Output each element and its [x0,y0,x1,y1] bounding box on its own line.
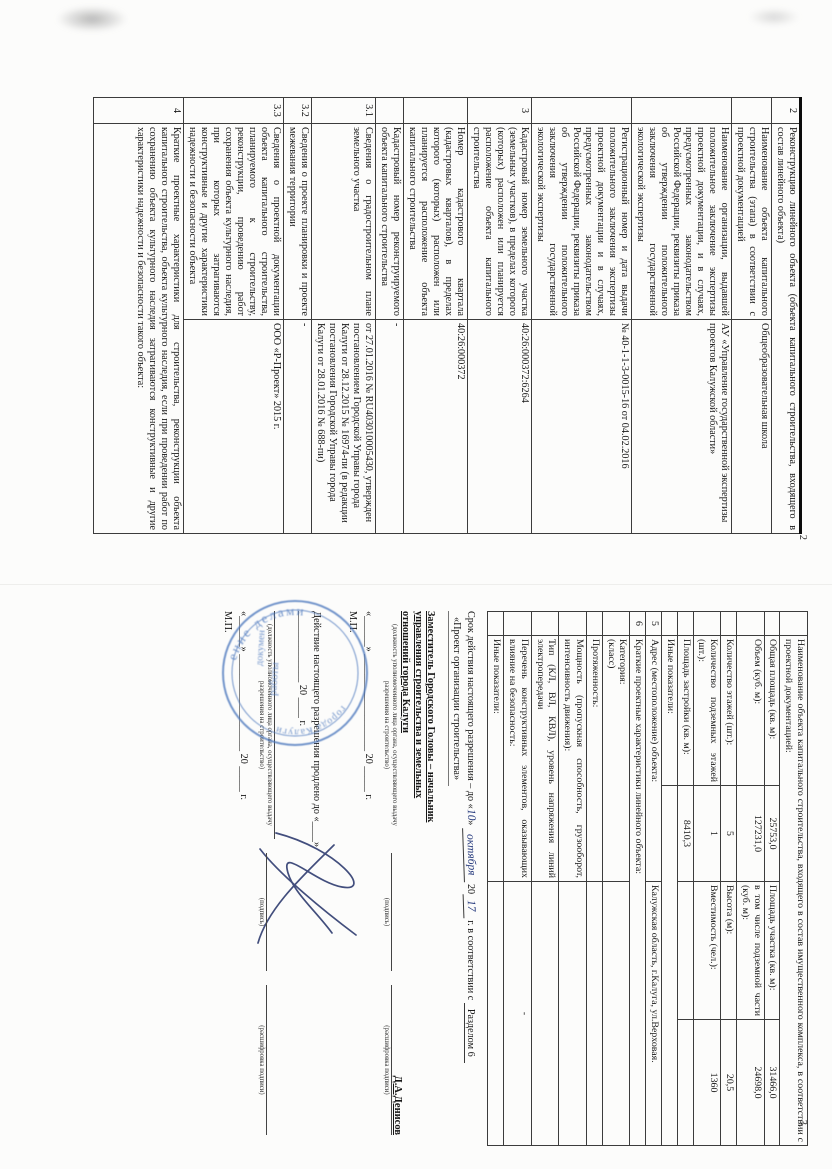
field-value: - [504,882,532,1146]
row-number: 6 [630,612,646,636]
field-label: Категория: (класс) [602,636,630,882]
table-row: Объем (куб. м): 127231,0 в том числе под… [737,612,765,1146]
table-row: 5 Адрес (местоположение) объекта: Калужс… [646,612,662,1146]
field-label: Сведения о проектной документации объект… [184,124,284,320]
field-label: Количество этажей (шт.): [721,636,737,786]
round-seal-stamp: ение делами города Калуги докумен работы [210,588,380,758]
field-value: 40:26:000372 [404,320,468,534]
field-label: Объем (куб. м): [737,636,765,786]
svg-text:города Калуги: города Калуги [274,704,349,738]
row-number: 3 [468,98,532,124]
validity-text: Срок действия настоящего разрешения – до… [465,611,476,809]
field-value: Калужская область, г.Калуга, ул.Верховая… [646,882,662,1146]
field-label: в том числе подземной части (куб. м): [737,882,765,1020]
signer-position-column: Заместитель Городского Головы – начальни… [383,611,437,839]
field-label: Иные показатели: [662,636,678,786]
extension-signature-hint: (подпись) [258,853,266,971]
field-value: 1360 [693,1020,721,1146]
table-row: 3.3 Сведения о проектной документации об… [184,98,284,534]
table-row: Количество подземных этажей (шт.): 1 Вме… [693,612,721,1146]
name-hint: (расшифровка подписи) [383,985,391,1135]
field-label: Площадь застройки (кв. м): [677,636,693,786]
field-value: 1 [693,786,721,882]
extension-signature-line [266,853,279,971]
signature-block: Заместитель Городского Головы – начальни… [383,611,437,1145]
stamp-arc-bottom-text: города Калуги [274,704,349,738]
field-value [662,786,678,1146]
page-3-sheet: 3 Наименование объекта капитального стро… [0,584,832,1169]
field-value [559,882,587,1146]
table-row: 6 Краткие проектные характеристики линей… [630,612,646,1146]
table-row: Протяженность: [587,612,603,1146]
scan-smudge [748,8,800,26]
field-label: Иные показатели: [488,636,504,882]
table-row: Иные показатели: [662,612,678,1146]
field-label: Наименование объекта капитального строит… [732,124,772,320]
field-value: ООО «Р-Проект» 2015 г. [184,320,284,534]
table-row: Иные показатели: [488,612,504,1146]
field-value [488,882,504,1146]
validity-line2: «Проект организации строительства» [448,611,463,786]
page-2: 2 2 Реконструкцию линейного объекта (объ… [0,0,832,584]
field-label [677,882,693,1020]
field-value: 40:26:000372:6264 [468,320,532,534]
scanned-document: 2 2 Реконструкцию линейного объекта (объ… [0,0,832,1169]
signature-line [391,853,422,971]
field-value: 24698,0 [737,1020,765,1146]
field-label: Вместимость (чел.): [693,882,721,1020]
field-value: 8410,3 [677,786,693,882]
field-label: Тип (КЛ, ВЛ, КВЛ), уровень напряжения ли… [531,636,559,882]
table-row: Количество этажей (шт.): 5 Высота (м): 2… [721,612,737,1146]
row-number: 4 [94,98,184,124]
table-row: Наименование объекта капитального строит… [732,98,772,534]
table-row: 3.1 Сведения о градостроительном плане з… [312,98,376,534]
extension-name-line [266,985,279,1135]
stamp-inner-text-1: докумен [254,629,268,666]
field-label: Сведения о градостроительном плане земел… [312,124,376,320]
row-number [780,612,808,636]
row-number [404,98,468,124]
table-row: Перечень конструктивных элементов, оказы… [504,612,532,1146]
page-3: 3 Наименование объекта капитального стро… [0,585,832,1169]
table-row: Тип (КЛ, ВЛ, КВЛ), уровень напряжения ли… [531,612,559,1146]
field-value [587,882,603,1146]
field-label: Сведения о проекте планировки и проекте … [284,124,312,320]
scan-smudge [56,6,128,32]
field-label: Общая площадь (кв. м): [764,636,780,786]
signature-hint: (подпись) [383,853,391,971]
field-value: - [376,320,404,534]
permit-table-page2: 2 Реконструкцию линейного объекта (объек… [93,97,802,534]
stamp-inner-text-2: работы [267,661,281,696]
field-value: Краткие проектные характеристики для стр… [94,124,184,534]
page-2-table-area: 2 Реконструкцию линейного объекта (объек… [93,97,802,533]
field-label: Перечень конструктивных элементов, оказы… [504,636,532,882]
section-reference: Разделом 6 [464,1003,476,1063]
field-value: 5 [721,786,737,882]
table-row: 3 Кадастровый номер земельного участка (… [468,98,532,534]
table-row: 4 Краткие проектные характеристики для с… [94,98,184,534]
field-value [531,882,559,1146]
row-number [732,98,772,124]
row-number: 3.2 [284,98,312,124]
row-number [532,98,632,124]
signature-column: (подпись) [383,853,423,971]
section-header: Краткие проектные характеристики линейно… [630,636,646,1146]
row-number [376,98,404,124]
table-row: Кадастровый номер реконструируемого объе… [376,98,404,534]
signer-position: Заместитель Городского Головы – начальни… [399,611,437,839]
field-label: Кадастровый номер реконструируемого объе… [376,124,404,320]
validity-statement: Срок действия настоящего разрешения – до… [448,611,478,1145]
field-label: Мощность (пропускная способность, грузоо… [559,636,587,882]
signer-name: Д.А.Денисов [392,1076,403,1136]
field-label: Протяженность: [587,636,603,882]
handwritten-day: 10 [464,809,478,821]
position-hint: (должность уполномоченного лица органа, … [383,611,398,839]
table-row: Площадь застройки (кв. м): 8410,3 [677,612,693,1146]
table-row: Регистрационный номер и дата выдачи поло… [532,98,632,534]
field-value [602,882,630,1146]
page-number: 2 [797,535,808,540]
field-value: АУ «Управление государственной экспертиз… [632,320,732,534]
signer-name-line: Д.А.Денисов [391,985,422,1135]
field-value: - [284,320,312,534]
field-value: Реконструкцию линейного объекта (объекта… [772,124,801,534]
section-header: Наименование объекта капитального строит… [780,636,808,1146]
table-row: Общая площадь (кв. м): 25753,0 Площадь у… [764,612,780,1146]
field-label: Регистрационный номер и дата выдачи поло… [532,124,632,320]
field-value: № 40-1-1-3-0015-16 от 04.02.2016 [532,320,632,534]
table-row: 3.2 Сведения о проекте планировки и прое… [284,98,312,534]
table-row: Номер кадастрового квартала (кадастровых… [404,98,468,534]
permit-table-page3: Наименование объекта капитального строит… [487,611,808,1146]
row-number: 3.1 [312,98,376,124]
signer-name-column: Д.А.Денисов (расшифровка подписи) [383,985,423,1135]
field-label: Площадь участка (кв. м): [764,882,780,1020]
field-label: Адрес (местоположение) объекта: [646,636,662,882]
handwritten-month: октября [463,828,480,882]
extension-name-hint: (расшифровка подписи) [258,985,266,1135]
row-number [632,98,732,124]
field-value [677,1020,693,1146]
row-number: 5 [646,612,662,636]
table-row: Наименование организации, выдавшей полож… [632,98,732,534]
field-label: Наименование организации, выдавшей полож… [632,124,732,320]
field-value: 31466,0 [764,1020,780,1146]
field-value: 127231,0 [737,786,765,882]
field-label: Номер кадастрового квартала (кадастровых… [404,124,468,320]
field-label: Количество подземных этажей (шт.): [693,636,721,786]
field-value: 20,5 [721,1020,737,1146]
table-row: 2 Реконструкцию линейного объекта (объек… [772,98,801,534]
field-label: Высота (м): [721,882,737,1020]
handwritten-year: 17 [463,894,479,918]
row-number: 2 [772,98,801,124]
field-value: Общеобразовательная школа [732,320,772,534]
field-value: от 27.01.2016 № RU403010005430, утвержде… [312,320,376,534]
table-row: Категория: (класс) [602,612,630,1146]
field-label: Кадастровый номер земельного участка (зе… [468,124,532,320]
table-row: Наименование объекта капитального строит… [780,612,808,1146]
row-number: 3.3 [184,98,284,124]
page-2-sheet: 2 2 Реконструкцию линейного объекта (объ… [0,0,832,584]
field-value: 25753,0 [764,786,780,882]
table-row: Мощность (пропускная способность, грузоо… [559,612,587,1146]
